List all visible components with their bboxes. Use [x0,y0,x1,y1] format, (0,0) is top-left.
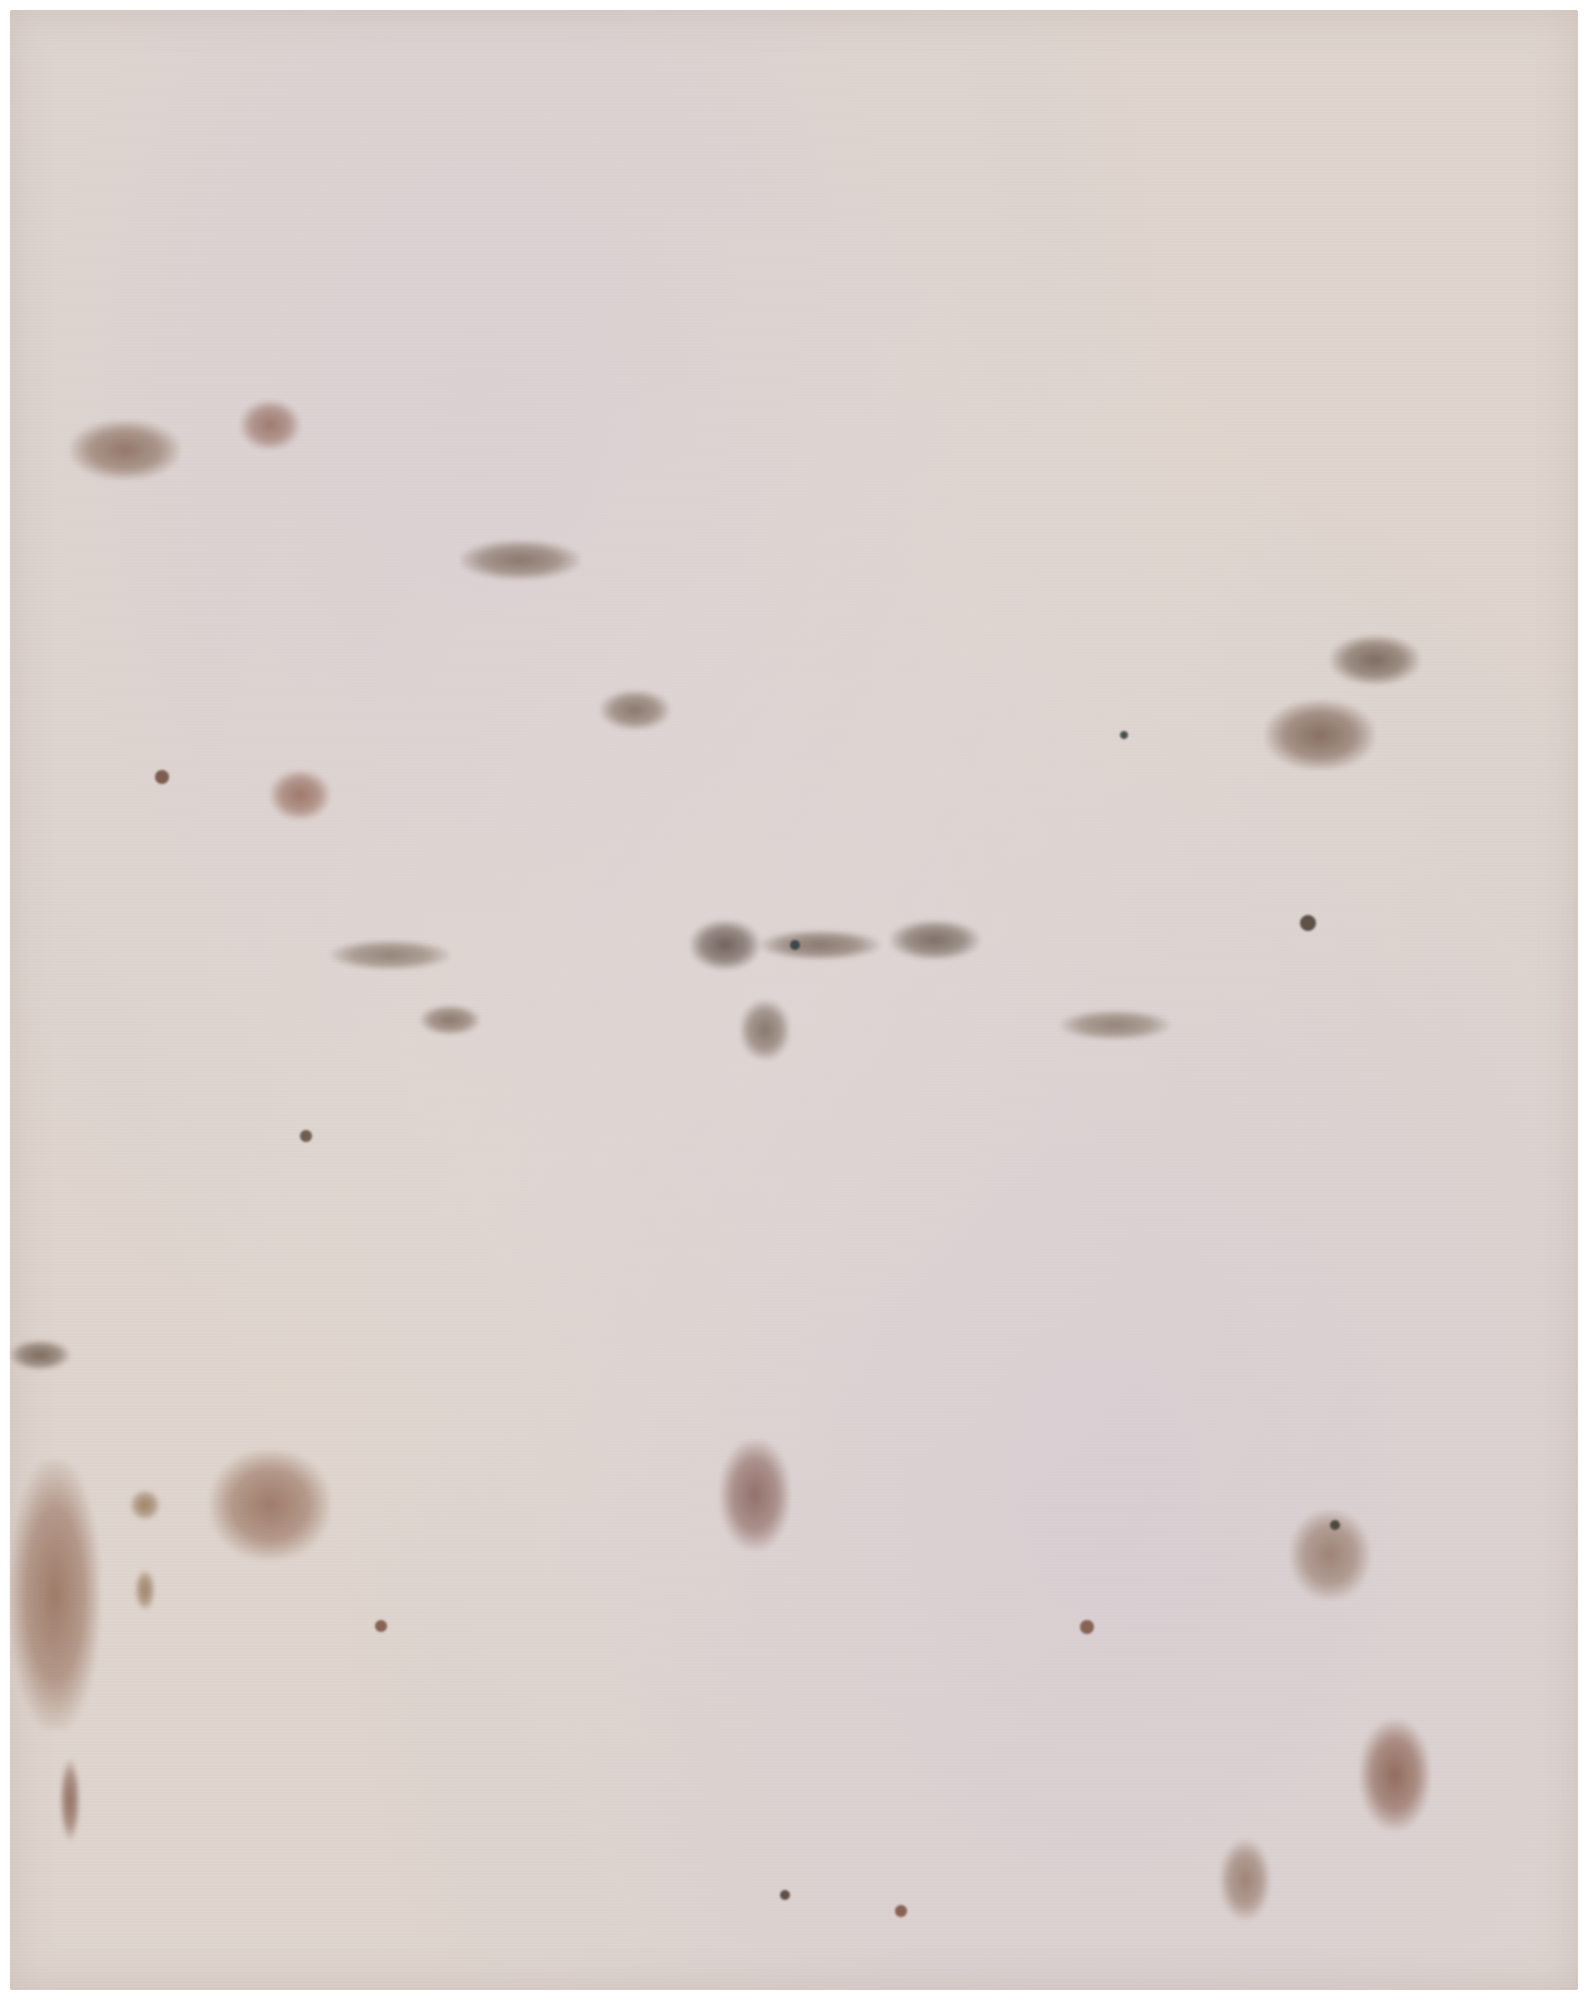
worn-motif-patch [60,1760,80,1840]
dark-fleck [375,1620,387,1632]
dark-fleck [780,1890,790,1900]
worn-motif-patch [740,1000,790,1060]
dark-fleck [790,940,800,950]
worn-motif-patch [1265,700,1375,770]
dark-fleck [1080,1620,1094,1634]
worn-motif-patch [240,400,300,450]
worn-motif-patch [10,1460,100,1730]
worn-motif-patch [10,1340,70,1370]
worn-motif-patch [1330,635,1420,685]
worn-motif-patch [270,770,330,820]
worn-motif-patch [690,920,760,970]
worn-motif-patch [420,1005,480,1035]
worn-motif-patch [210,1450,330,1560]
photo-canvas [0,0,1586,2000]
worn-motif-patch [1060,1010,1170,1040]
dark-fleck [1300,915,1316,931]
dark-fleck [1120,731,1128,739]
worn-motif-patch [460,540,580,580]
dark-fleck [1330,1520,1340,1530]
worn-motif-patch [1360,1720,1430,1830]
dark-fleck [300,1130,312,1142]
worn-motif-patch [760,930,880,960]
dark-fleck [895,1905,907,1917]
worn-motif-patch [70,420,180,480]
rug [10,10,1578,1990]
worn-motif-patch [890,920,980,960]
worn-motif-patch [130,1490,160,1520]
dark-fleck [155,770,169,784]
worn-motif-patch [135,1570,155,1610]
worn-motif-patch [330,940,450,970]
worn-motif-patch [600,690,670,730]
worn-motif-patch [720,1440,790,1550]
worn-motif-patch [1220,1840,1270,1920]
